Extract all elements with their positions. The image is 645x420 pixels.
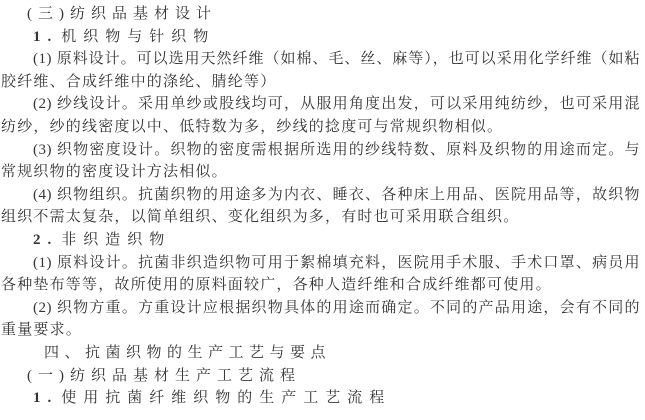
subheading-label: 机织物与针织物 [61, 29, 215, 45]
paragraph-line: 纺纱，纱的线密度以中、低特数为多，纱线的捻度可与常规织物相似。 [0, 116, 645, 139]
paragraph-line: 重量要求。 [0, 319, 645, 342]
paragraph-line: (2) 织物方重。方重设计应根据织物具体的用途而确定。不同的产品用途，会有不同的 [0, 297, 645, 320]
paragraph-line: 各种垫布等等，故所使用的原料面较广，各种人造纤维和合成纤维都可使用。 [0, 274, 645, 297]
subheading-label: 非织造织物 [61, 232, 171, 248]
paragraph-line: (4) 织物组织。抗菌织物的用途多为内衣、睡衣、各种床上用品、医院用品等，故织物 [0, 184, 645, 207]
major-heading-production-process: 四、抗菌织物的生产工艺与要点 [0, 342, 645, 365]
subheading-number: 2. [33, 232, 58, 248]
subheading-nonwoven: 2.非织造织物 [0, 229, 645, 252]
paragraph-line: 组织不需太复杂，以简单组织、变化组织为多，有时也可采用联合组织。 [0, 206, 645, 229]
subheading-number: 1. [33, 29, 58, 45]
paragraph-line: 胶纤维、合成纤维中的涤纶、腈纶等） [0, 71, 645, 94]
paragraph-line: (1) 原料设计。可以选用天然纤维（如棉、毛、丝、麻等），也可以采用化学纤维（如… [0, 48, 645, 71]
paragraph-line: (1) 原料设计。抗菌非织造织物可用于絮棉填充料，医院用手术服、手术口罩、病员用 [0, 252, 645, 275]
subheading-label: 使用抗菌纤维织物的生产工艺流程 [61, 390, 391, 406]
subheading-number: 1. [33, 390, 58, 406]
paragraph-line: (2) 纱线设计。采用单纱或股线均可，从服用角度出发，可以采用纯纺纱，也可采用混 [0, 93, 645, 116]
section-heading-base-production-flow: (一)纺织品基材生产工艺流程 [0, 365, 645, 388]
section-heading-textile-base-design: (三)纺织品基材设计 [0, 3, 645, 26]
paragraph-line: (3) 织物密度设计。织物的密度需根据所选用的纱线特数、原料及织物的用途而定。与 [0, 139, 645, 162]
subheading-woven-and-knitted: 1.机织物与针织物 [0, 26, 645, 49]
document-page: (三)纺织品基材设计 1.机织物与针织物 (1) 原料设计。可以选用天然纤维（如… [0, 0, 645, 420]
paragraph-line: 常规织物的密度设计方法相似。 [0, 161, 645, 184]
subheading-antibacterial-fiber-flow: 1.使用抗菌纤维织物的生产工艺流程 [0, 387, 645, 410]
